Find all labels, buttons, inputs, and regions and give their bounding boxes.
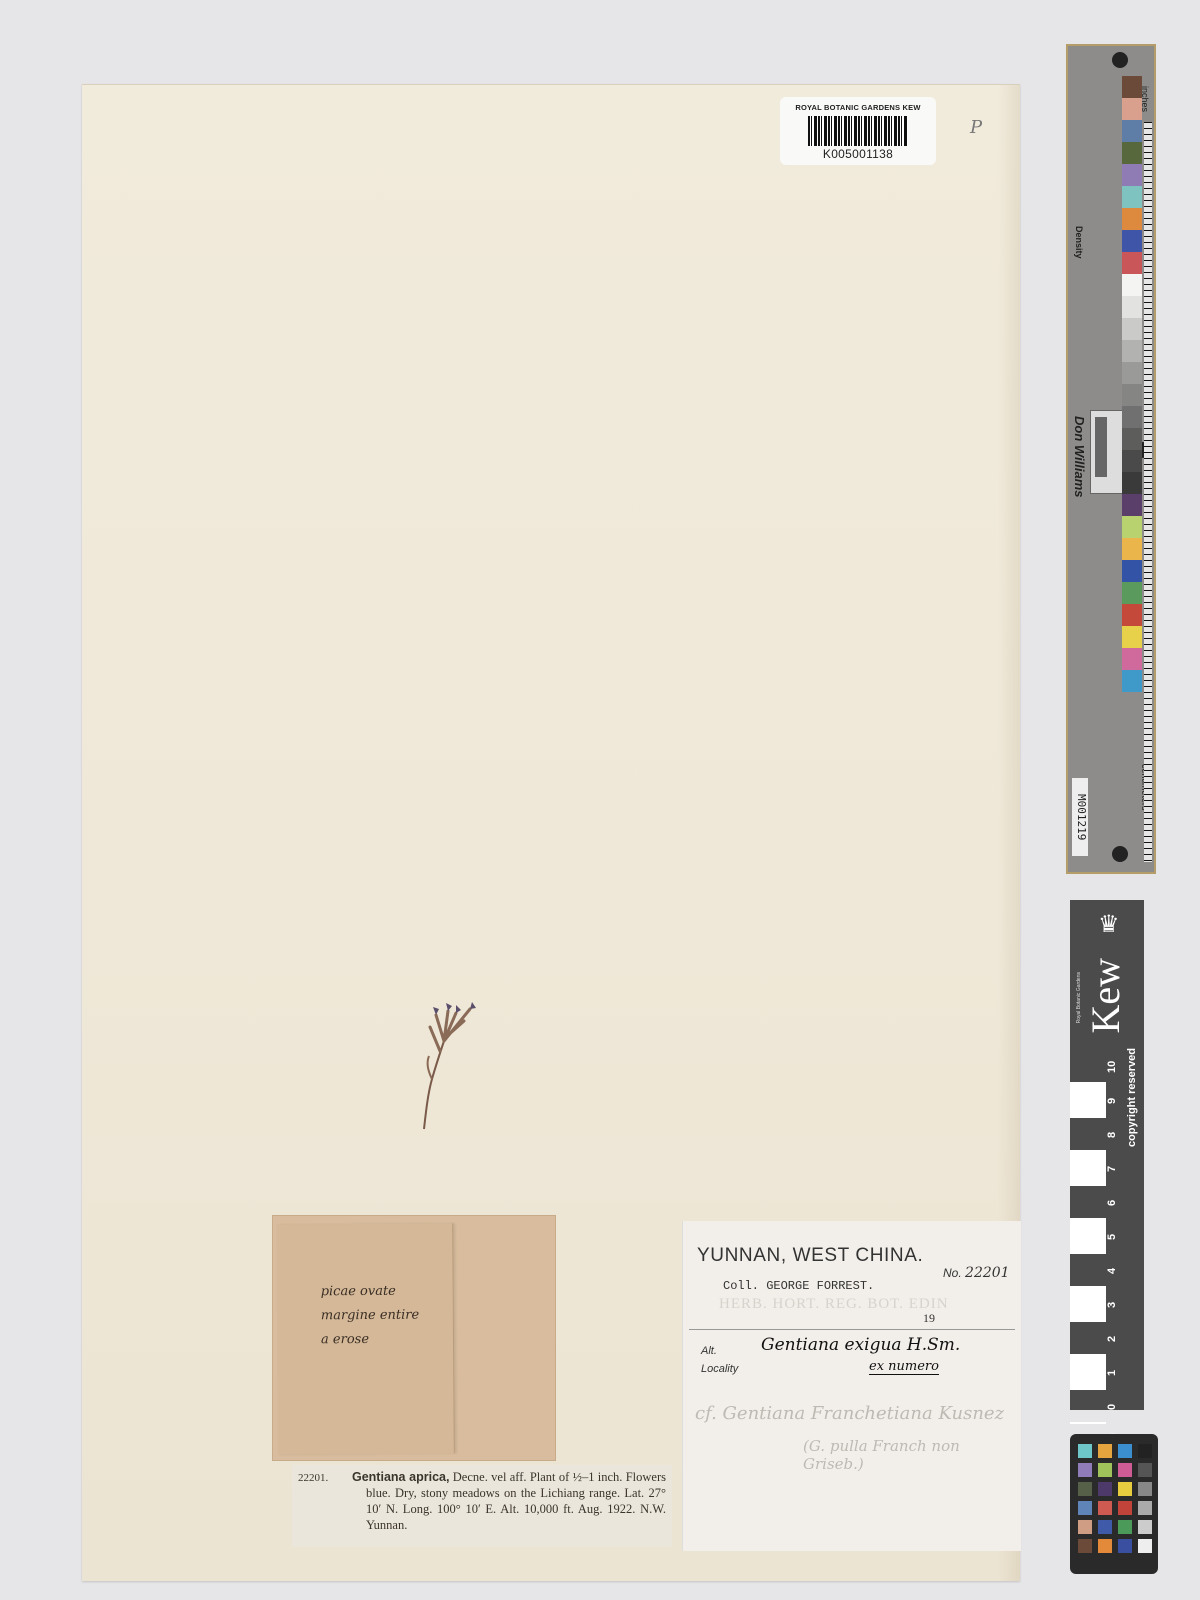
specimen-envelope: picae ovate margine entire a erose xyxy=(272,1215,556,1461)
checker-grid xyxy=(1078,1444,1152,1553)
checker-cell xyxy=(1118,1539,1132,1553)
checker-cell xyxy=(1078,1463,1092,1477)
color-patch xyxy=(1122,450,1142,472)
checker-cell xyxy=(1138,1520,1152,1534)
kew-subtitle: Royal Botanic Gardens xyxy=(1076,972,1082,1023)
barcode-label: ROYAL BOTANIC GARDENS KEW K005001138 xyxy=(780,97,936,165)
determination: Gentiana exigua H.Sm. xyxy=(761,1335,960,1355)
checker-cell xyxy=(1098,1482,1112,1496)
color-patches xyxy=(1122,76,1142,692)
strip-hole-icon xyxy=(1112,52,1128,68)
scale-segment xyxy=(1070,1084,1106,1118)
barcode-icon xyxy=(808,116,908,146)
kew-logo: Kew xyxy=(1082,958,1129,1034)
divider xyxy=(689,1329,1015,1330)
scale-tick-label: 7 xyxy=(1106,1152,1118,1186)
strip-hole-icon xyxy=(1112,846,1128,862)
color-patch xyxy=(1122,120,1142,142)
color-patch xyxy=(1122,208,1142,230)
scale-segment xyxy=(1070,1050,1106,1084)
color-patch xyxy=(1122,98,1142,120)
color-patch xyxy=(1122,494,1142,516)
strip-id-tag: M001219 xyxy=(1072,778,1088,856)
species-name: Gentiana aprica, xyxy=(352,1470,449,1484)
checker-cell xyxy=(1078,1539,1092,1553)
checker-cell xyxy=(1118,1501,1132,1515)
scale-segment xyxy=(1070,1118,1106,1152)
envelope-handwritten-note: picae ovate margine entire a erose xyxy=(321,1280,420,1353)
checker-cell xyxy=(1078,1520,1092,1534)
color-patch xyxy=(1122,252,1142,274)
scale-tick-label: 8 xyxy=(1106,1118,1118,1152)
color-patch xyxy=(1122,274,1142,296)
checker-cell xyxy=(1138,1482,1152,1496)
checker-cell xyxy=(1098,1444,1112,1458)
color-patch xyxy=(1122,230,1142,252)
copyright-notice: copyright reserved xyxy=(1126,1048,1138,1147)
scale-segments xyxy=(1070,1050,1106,1410)
year-field: 19 xyxy=(923,1311,935,1326)
color-patch xyxy=(1122,626,1142,648)
checker-cell xyxy=(1078,1501,1092,1515)
collector: Coll. GEORGE FORREST. xyxy=(723,1279,874,1293)
strip-ruler xyxy=(1144,122,1152,862)
checker-cell xyxy=(1118,1520,1132,1534)
color-patch xyxy=(1122,164,1142,186)
herbarium-sheet: ROYAL BOTANIC GARDENS KEW K005001138 P p… xyxy=(82,84,1020,1581)
scale-tick-label: 4 xyxy=(1106,1254,1118,1288)
alt-label: Alt. xyxy=(701,1345,717,1357)
scale-tick-label: 0 xyxy=(1106,1390,1118,1424)
color-patch xyxy=(1122,296,1142,318)
scale-ticks: 109876543210cm xyxy=(1106,1050,1126,1458)
scale-tick-label: 2 xyxy=(1106,1322,1118,1356)
checker-cell xyxy=(1078,1444,1092,1458)
color-patch xyxy=(1122,142,1142,164)
scale-tick-label: 6 xyxy=(1106,1186,1118,1220)
density-label: Density xyxy=(1074,226,1084,259)
brand-label: Don Williams xyxy=(1072,416,1087,498)
color-calibration-strip: inches centimeters Density Don Williams … xyxy=(1066,44,1156,874)
color-patch xyxy=(1122,472,1142,494)
color-patch xyxy=(1122,362,1142,384)
checker-cell xyxy=(1078,1482,1092,1496)
scale-segment xyxy=(1070,1356,1106,1390)
kew-scale-bar: ♛ Kew Royal Botanic Gardens copyright re… xyxy=(1070,900,1144,1410)
checker-cell xyxy=(1138,1539,1152,1553)
scale-tick-label: 10 xyxy=(1106,1050,1118,1084)
scale-tick-label: 3 xyxy=(1106,1288,1118,1322)
color-patch xyxy=(1122,516,1142,538)
collection-label: YUNNAN, WEST CHINA. No. 22201 Coll. GEOR… xyxy=(682,1221,1021,1551)
scale-segment xyxy=(1070,1220,1106,1254)
checker-cell xyxy=(1138,1444,1152,1458)
checker-cell xyxy=(1098,1501,1112,1515)
color-patch xyxy=(1122,560,1142,582)
scale-tick-label: 1 xyxy=(1106,1356,1118,1390)
color-patch xyxy=(1122,76,1142,98)
color-patch xyxy=(1122,582,1142,604)
scale-tick-label: 9 xyxy=(1106,1084,1118,1118)
institution-name: ROYAL BOTANIC GARDENS KEW xyxy=(780,103,936,112)
scale-segment xyxy=(1070,1152,1106,1186)
color-patch xyxy=(1122,538,1142,560)
scale-segment xyxy=(1070,1322,1106,1356)
region-title: YUNNAN, WEST CHINA. xyxy=(697,1245,923,1267)
herbarium-stamp: HERB. HORT. REG. BOT. EDIN xyxy=(719,1296,949,1313)
printed-specimen-label: 22201. Gentiana aprica, Decne. vel aff. … xyxy=(292,1465,672,1547)
scale-segment xyxy=(1070,1288,1106,1322)
checker-cell xyxy=(1138,1501,1152,1515)
color-patch xyxy=(1122,318,1142,340)
kew-crest-icon: ♛ xyxy=(1098,910,1120,939)
label-number: No. 22201 xyxy=(943,1265,1010,1281)
scale-segment xyxy=(1070,1254,1106,1288)
checker-cell xyxy=(1098,1463,1112,1477)
color-patch xyxy=(1122,384,1142,406)
corner-mark: P xyxy=(970,117,982,138)
color-patch xyxy=(1122,340,1142,362)
color-patch xyxy=(1122,604,1142,626)
pencil-annotation-2: (G. pulla Franch non Griseb.) xyxy=(803,1437,1021,1473)
envelope-flap: picae ovate margine entire a erose xyxy=(276,1223,455,1454)
color-patch xyxy=(1122,186,1142,208)
color-patch xyxy=(1122,406,1142,428)
ex-numero: ex numero xyxy=(869,1359,939,1375)
locality-label: Locality xyxy=(701,1363,738,1375)
checker-cell xyxy=(1118,1444,1132,1458)
scale-segment xyxy=(1070,1186,1106,1220)
plant-specimen xyxy=(414,1001,484,1131)
barcode-number: K005001138 xyxy=(780,147,936,161)
color-patch xyxy=(1122,428,1142,450)
checker-cell xyxy=(1098,1520,1112,1534)
color-patch xyxy=(1122,648,1142,670)
checker-cell xyxy=(1118,1463,1132,1477)
pencil-annotation-1: cf. Gentiana Franchetiana Kusnez xyxy=(695,1403,1004,1424)
color-patch xyxy=(1122,670,1142,692)
color-checker-card xyxy=(1070,1434,1158,1574)
collection-number: 22201. xyxy=(298,1470,328,1486)
checker-cell xyxy=(1098,1539,1112,1553)
checker-cell xyxy=(1118,1482,1132,1496)
scale-tick-label: 5 xyxy=(1106,1220,1118,1254)
checker-cell xyxy=(1138,1463,1152,1477)
label-number-value: 22201 xyxy=(965,1265,1010,1281)
scale-segment xyxy=(1070,1390,1106,1424)
